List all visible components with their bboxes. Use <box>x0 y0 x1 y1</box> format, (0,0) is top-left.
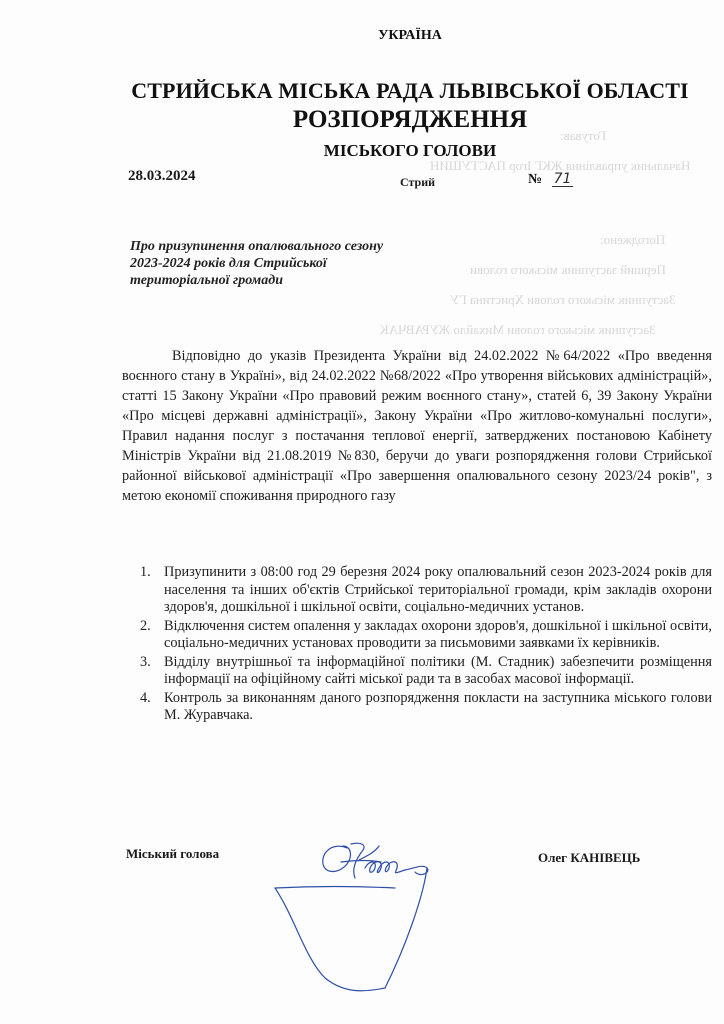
item-number: 1. <box>140 564 151 582</box>
bleed-through-text: Погоджено: <box>600 232 665 248</box>
subject-line: 2023-2024 років для Стрийської <box>130 255 430 272</box>
number-label: № <box>528 172 542 187</box>
handwritten-signature-icon <box>255 838 495 998</box>
bleed-through-text: Перший заступник міського голови <box>470 262 666 278</box>
bleed-through-text: Заступник міського голови Христина ГУ <box>450 292 676 308</box>
document-number: № 71 <box>528 172 573 188</box>
preamble-paragraph: Відповідно до указів Президента України … <box>122 346 712 506</box>
item-number: 4. <box>140 690 151 708</box>
item-text: Контроль за виконанням даного розпорядже… <box>164 690 712 724</box>
document-type-heading: РОЗПОРЯДЖЕННЯ <box>0 106 724 134</box>
item-text: Відключення систем опалення у закладах о… <box>164 618 712 652</box>
order-item: 1. Призупинити з 08:00 год 29 березня 20… <box>140 564 712 617</box>
document-page: Готував: Начальник управління ЖКГ Ігор П… <box>0 0 724 1024</box>
council-heading: СТРИЙСЬКА МІСЬКА РАДА ЛЬВІВСЬКОЇ ОБЛАСТІ <box>0 78 724 104</box>
item-text: Відділу внутрішньої та інформаційної пол… <box>164 654 712 688</box>
item-text: Призупинити з 08:00 год 29 березня 2024 … <box>164 564 712 615</box>
signatory-title: Міський голова <box>126 846 219 862</box>
document-date: 28.03.2024 <box>128 168 196 185</box>
order-items-list: 1. Призупинити з 08:00 год 29 березня 20… <box>140 564 712 726</box>
item-number: 2. <box>140 618 151 636</box>
order-item: 4. Контроль за виконанням даного розпоря… <box>140 690 712 725</box>
item-number: 3. <box>140 654 151 672</box>
bleed-through-text: Заступник міського голови Михайло ЖУРАВЧ… <box>380 322 656 338</box>
subject-line: Про призупинення опалювального сезону <box>130 238 430 255</box>
signatory-name: Олег КАНІВЕЦЬ <box>538 850 640 866</box>
number-value: 71 <box>552 172 574 187</box>
order-item: 2. Відключення систем опалення у заклада… <box>140 618 712 653</box>
document-place: Стрий <box>400 175 435 190</box>
issuer-heading: МІСЬКОГО ГОЛОВИ <box>0 141 724 161</box>
country-heading: УКРАЇНА <box>0 28 724 44</box>
subject-line: територіальної громади <box>130 272 430 289</box>
preamble-text: Відповідно до указів Президента України … <box>122 348 712 504</box>
order-item: 3. Відділу внутрішньої та інформаційної … <box>140 654 712 689</box>
document-subject: Про призупинення опалювального сезону 20… <box>130 238 430 289</box>
